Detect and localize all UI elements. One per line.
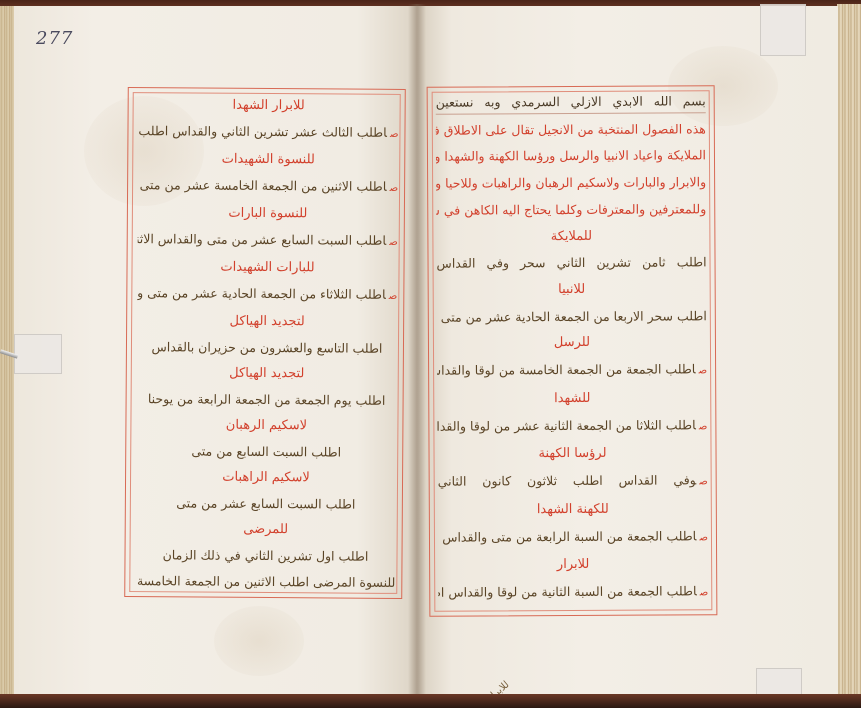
line-text: للابرار الشهدا: [233, 98, 305, 114]
open-manuscript: 277 للابرار الشهداصاطلب الثالث عشر تشرين…: [0, 0, 861, 708]
rubric-heading: للبارات الشهيدات: [137, 256, 397, 280]
rubric-heading: للكهنة الشهدا: [438, 498, 708, 521]
text-line: اطلب سحر الاربعا من الجمعة الحادية عشر م…: [437, 305, 707, 328]
binding-cover-bottom: [0, 694, 861, 708]
intro-line: وللمعترفين والمعترفات وكلما يحتاج اليه ا…: [436, 198, 706, 221]
text-line: صاطلب الجمعة من السبة الرابعة من متى وال…: [438, 525, 708, 550]
rubric-heading: للابرار الشهدا: [139, 94, 399, 118]
intro-line: والابرار والبارات ولاسكيم الرهبان والراه…: [436, 171, 706, 194]
text-line: صاطلب الجمعة من الجمعة الخامسة من لوقا و…: [437, 358, 707, 383]
line-text: بسم الله الابدي الازلي السرمدي وبه نستعي…: [436, 93, 706, 109]
left-text-frame: للابرار الشهداصاطلب الثالث عشر تشرين الث…: [124, 87, 406, 599]
text-line: صاطلب الثلاثاء من الجمعة الحادية عشر من …: [137, 282, 397, 308]
text-line: اطلب يوم الجمعة من الجمعة الرابعة من يوح…: [137, 388, 397, 412]
page-edges-right: [837, 4, 861, 694]
line-text: اطلب الاثنين من الجمعة الخامسة عشر من مت…: [138, 176, 387, 194]
text-line: صاطلب الاثنين من الجمعة الخامسة عشر من م…: [138, 174, 398, 200]
left-text-block: للابرار الشهداصاطلب الثالث عشر تشرين الث…: [135, 94, 398, 594]
line-text: للانبيا: [558, 282, 585, 297]
folio-number: 277: [36, 28, 73, 49]
text-line: صاطلب الثالث عشر تشرين الثاني والقداس اط…: [138, 120, 398, 146]
rubric-heading: لاسكيم الرهبان: [136, 414, 396, 438]
rubric-marker: ص: [699, 365, 708, 376]
line-text: لتجديد الهياكل: [229, 366, 304, 382]
line-text: لاسكيم الراهبات: [222, 470, 310, 486]
right-text-frame: بسم الله الابدي الازلي السرمدي وبه نستعي…: [427, 85, 718, 617]
line-text: اطلب الثلاثاء من الجمعة الحادية عشر من م…: [137, 284, 386, 302]
text-line: صوفي القداس اطلب ثلاثون كانون الثاني: [438, 469, 708, 494]
rubric-marker: ص: [390, 129, 399, 140]
text-line: اطلب السبت السابع من متى: [136, 440, 396, 464]
line-text: للابرار: [557, 557, 589, 572]
rubric-heading: للنسوة البارات: [138, 202, 398, 226]
rubric-heading: للانبيا: [437, 278, 707, 301]
line-text: اطلب السبت السابع عشر من متى: [176, 495, 355, 511]
rubric-marker: ص: [699, 476, 708, 487]
line-text: للمرضى: [243, 522, 288, 537]
line-text: اطلب التاسع والعشرون من حزيران بالقداس: [151, 339, 382, 356]
rubric-heading: لاسكيم الراهبات: [136, 466, 396, 490]
line-text: للبارات الشهيدات: [220, 260, 314, 276]
rubric-heading: لتجديد الهياكل: [137, 310, 397, 334]
rubric-marker: ص: [700, 587, 709, 598]
line-text: للنسوة الشهيدات: [222, 152, 315, 168]
line-text: اطلب السبت السابع عشر من متى والقداس الا…: [138, 230, 387, 248]
rubric-heading: للملايكة: [436, 225, 706, 248]
right-text-block: بسم الله الابدي الازلي السرمدي وبه نستعي…: [436, 90, 709, 605]
line-text: اطلب ثامن تشرين الثاني سحر وفي القداس: [437, 255, 707, 271]
paper-tab-left: [14, 334, 62, 374]
paper-tab-top: [760, 4, 806, 56]
intro-line: هذه الفصول المنتخبة من الانجيل تقال على …: [436, 118, 706, 141]
text-line: اطلب التاسع والعشرون من حزيران بالقداس: [137, 336, 397, 360]
line-text: اطلب الجمعة من السبة الثانية من لوقا وال…: [438, 583, 697, 600]
line-text: الملايكة واعياد الانبيا والرسل ورؤسا الك…: [436, 148, 706, 165]
line-text: لتجديد الهياكل: [230, 314, 305, 330]
line-text: والابرار والبارات ولاسكيم الرهبان والراه…: [436, 174, 706, 191]
rubric-marker: ص: [389, 237, 398, 248]
line-text: لاسكيم الرهبان: [226, 418, 307, 434]
text-line: صاطلب الجمعة من السبة الثانية من لوقا وا…: [438, 580, 708, 605]
intro-line: الملايكة واعياد الانبيا والرسل ورؤسا الك…: [436, 145, 706, 168]
line-text: اطلب الجمعة من الجمعة الخامسة من لوقا وا…: [437, 362, 696, 379]
line-text: وللمعترفين والمعترفات وكلما يحتاج اليه ا…: [436, 201, 706, 218]
rubric-marker: ص: [389, 291, 398, 302]
line-text: اطلب الجمعة من السبة الرابعة من متى والق…: [438, 528, 697, 545]
line-text: للرسل: [554, 335, 590, 350]
line-text: للنسوة البارات: [228, 206, 307, 222]
line-text: للشهدا: [554, 391, 590, 406]
line-text: اطلب اول تشرين الثاني في ذلك الزمان: [163, 547, 369, 563]
rubric-marker: ص: [390, 183, 399, 194]
rubric-heading: للنسوة الشهيدات: [138, 148, 398, 172]
rubric-heading: للشهدا: [437, 387, 707, 410]
line-text: اطلب يوم الجمعة من الجمعة الرابعة من يوح…: [148, 391, 386, 408]
line-text: للكهنة الشهدا: [537, 502, 609, 517]
rubric-heading: لرؤسا الكهنة: [437, 443, 707, 466]
text-line: اطلب السبت السابع عشر من متى: [136, 492, 396, 516]
gutter-shadow: [408, 4, 426, 700]
rubric-marker: ص: [699, 532, 708, 543]
rubric-heading: للرسل: [437, 332, 707, 355]
rubric-heading: لتجديد الهياكل: [137, 362, 397, 386]
basmala-line: بسم الله الابدي الازلي السرمدي وبه نستعي…: [436, 90, 706, 114]
line-text: لرؤسا الكهنة: [538, 446, 606, 461]
text-line: صاطلب الثلاثا من الجمعة الثانية عشر من ل…: [437, 414, 707, 439]
line-text: هذه الفصول المنتخبة من الانجيل تقال على …: [436, 121, 706, 138]
text-line: اطلب ثامن تشرين الثاني سحر وفي القداس: [436, 252, 706, 275]
line-text: اطلب سحر الاربعا من الجمعة الحادية عشر م…: [437, 308, 707, 326]
rubric-marker: ص: [699, 421, 708, 432]
line-text: للملايكة: [551, 228, 592, 243]
rubric-heading: للمرضى: [136, 518, 396, 542]
text-line: صاطلب السبت السابع عشر من متى والقداس ال…: [138, 228, 398, 254]
line-text: اطلب السبت السابع من متى: [191, 443, 341, 459]
line-text: اطلب الثالث عشر تشرين الثاني والقداس اطل…: [138, 122, 387, 140]
line-text: اطلب الثلاثا من الجمعة الثانية عشر من لو…: [437, 417, 696, 434]
line-text: وفي القداس اطلب ثلاثون كانون الثاني: [438, 472, 697, 488]
text-line: اطلب اول تشرين الثاني في ذلك الزمان: [135, 544, 395, 568]
text-line: للنسوة المرضى اطلب الاثنين من الجمعة الخ…: [135, 570, 395, 594]
rubric-heading: للابرار: [438, 554, 708, 577]
line-text: للنسوة المرضى اطلب الاثنين من الجمعة الخ…: [135, 572, 395, 589]
